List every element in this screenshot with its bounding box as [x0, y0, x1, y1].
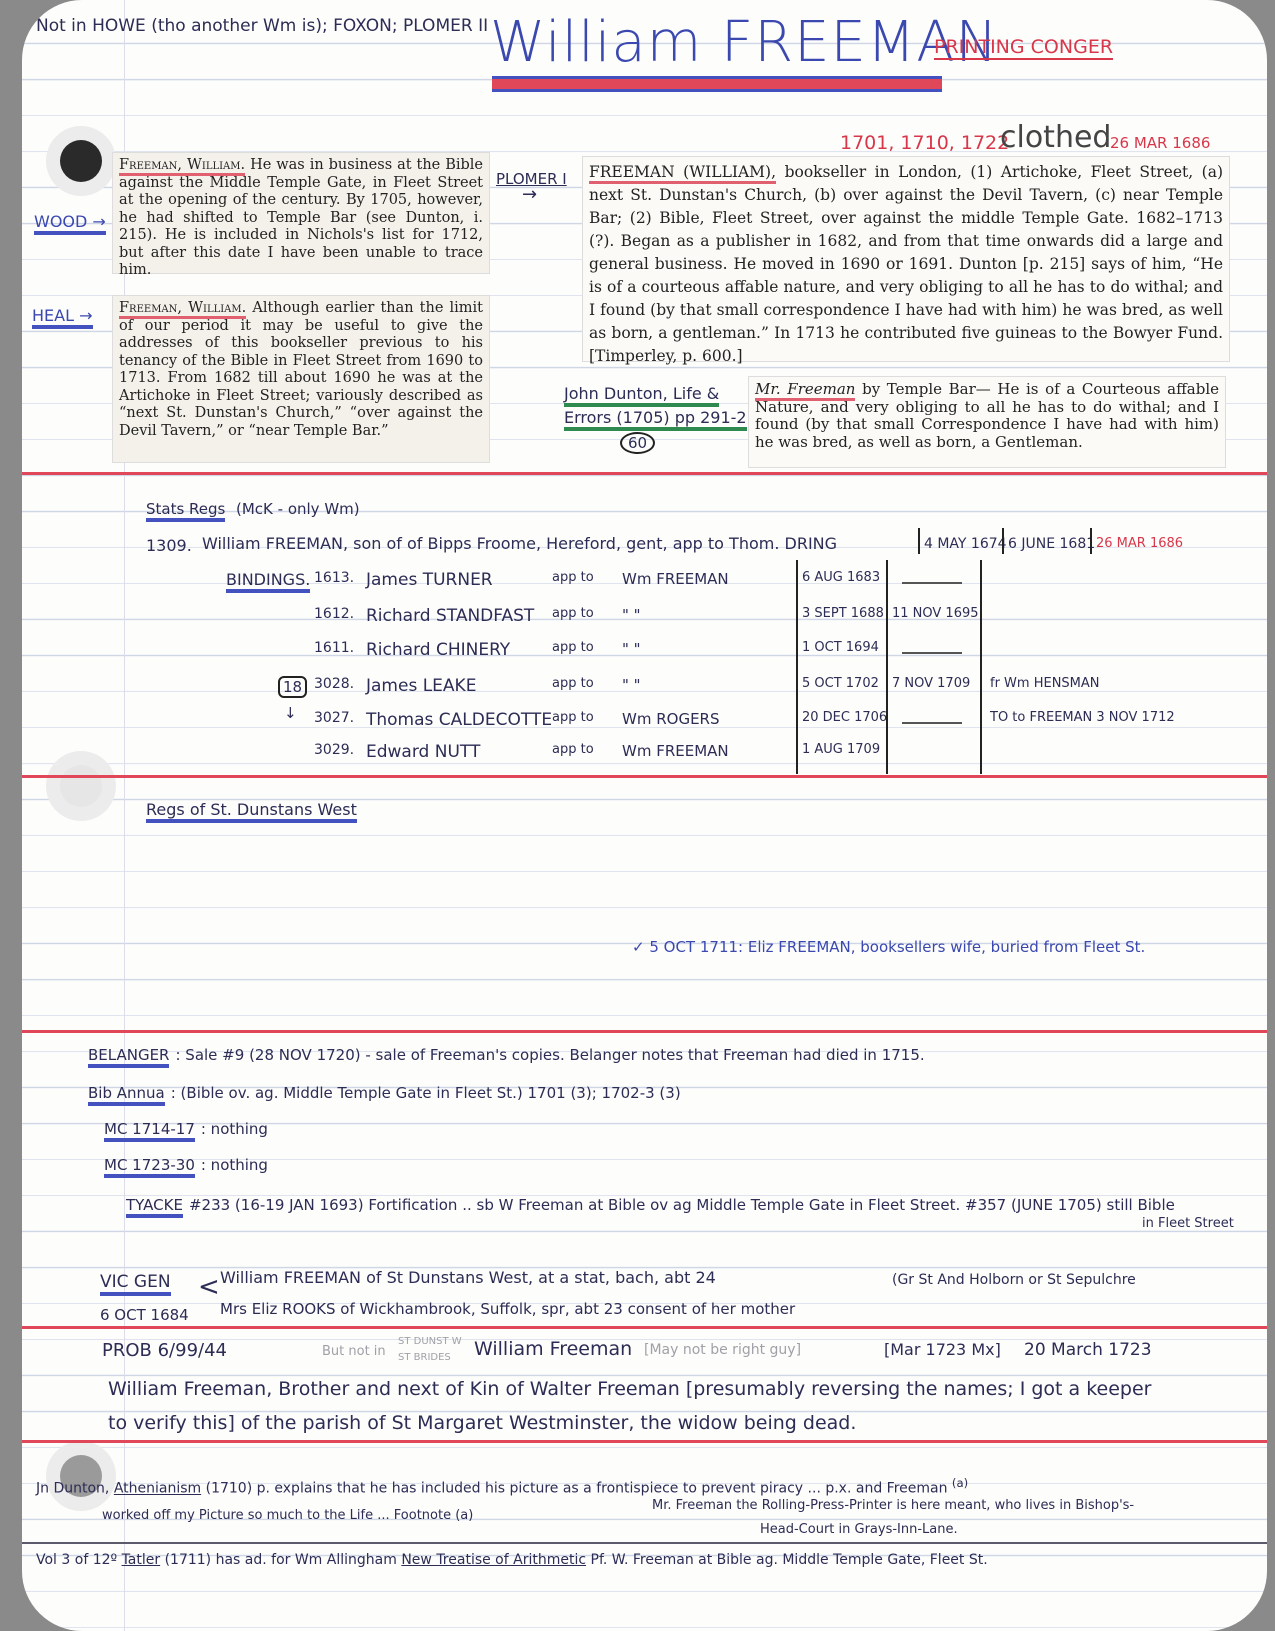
- tatler-title: Tatler: [122, 1552, 161, 1568]
- binding-master: Wm FREEMAN: [622, 570, 729, 588]
- note-label: MC 1723-30: [104, 1156, 195, 1178]
- vic-gen-line2: Mrs Eliz ROOKS of Wickhambrook, Suffolk,…: [220, 1300, 795, 1318]
- binding-num: 3028.: [314, 676, 354, 692]
- prob-name: William Freeman: [474, 1338, 632, 1360]
- section-divider: [22, 1542, 1267, 1544]
- vic-gen-date: 6 OCT 1684: [100, 1306, 189, 1324]
- note-label: Bib Annua: [88, 1084, 165, 1106]
- binding-bound-date: 6 AUG 1683: [802, 570, 880, 585]
- note-item: Bib Annua: (Bible ov. ag. Middle Temple …: [88, 1084, 681, 1102]
- heal-clipping: Freeman, William. Although earlier than …: [112, 295, 490, 463]
- note-item: TYACKE#233 (16-19 JAN 1693) Fortificatio…: [126, 1196, 1175, 1214]
- clothed-date: 26 MAR 1686: [1110, 134, 1210, 152]
- prob-ref: PROB 6/99/44: [102, 1340, 227, 1361]
- binding-apprentice: Richard STANDFAST: [366, 606, 534, 626]
- note-label: BELANGER: [88, 1046, 169, 1068]
- note-continuation: in Fleet Street: [1142, 1216, 1234, 1231]
- header-years: 1701, 1710, 1722: [840, 132, 1009, 154]
- note-item: BELANGER: Sale #9 (28 NOV 1720) - sale o…: [88, 1046, 925, 1064]
- wood-clipping: Freeman, William. He was in business at …: [112, 152, 490, 274]
- athenianism-title: Athenianism: [114, 1481, 201, 1497]
- binding-apprentice: Thomas CALDECOTTE: [366, 710, 552, 730]
- binding-bound-date: 1 AUG 1709: [802, 742, 880, 757]
- table-divider: [1002, 528, 1004, 554]
- prob-parish-1: ST DUNST W: [398, 1336, 462, 1347]
- binding-freed-dash: [902, 582, 962, 584]
- dunton-circled-number: 60: [620, 432, 655, 454]
- binding-freed-dash: [902, 722, 962, 724]
- binding-app: app to: [552, 742, 594, 757]
- note-text: #233 (16-19 JAN 1693) Fortification .. s…: [189, 1196, 1175, 1214]
- binding-note: fr Wm HENSMAN: [990, 676, 1100, 691]
- section-divider: [22, 1030, 1267, 1033]
- section-divider: [22, 1326, 1267, 1329]
- printing-conger-tag: PRINTING CONGER: [934, 36, 1113, 60]
- stats-entry-num: 1309.: [146, 536, 192, 555]
- stats-regs-label: Stats Regs: [146, 500, 225, 522]
- binding-app: app to: [552, 710, 594, 725]
- stats-entry-freed: 6 JUNE 1681: [1008, 536, 1095, 552]
- prob-bracket-note: [May not be right guy]: [644, 1342, 801, 1358]
- stats-entry-clothed: 26 MAR 1686: [1096, 536, 1183, 551]
- note-text: : Sale #9 (28 NOV 1720) - sale of Freema…: [175, 1046, 924, 1064]
- plomer-arrow: →: [522, 184, 537, 205]
- binding-master: " ": [622, 640, 641, 658]
- binder-hole: [60, 765, 102, 807]
- note-item: MC 1723-30: nothing: [104, 1156, 268, 1174]
- binding-apprentice: James TURNER: [366, 570, 493, 590]
- table-divider: [886, 560, 888, 774]
- section-divider: [22, 472, 1267, 475]
- wood-label: WOOD →: [34, 212, 106, 235]
- binding-bound-date: 20 DEC 1706: [802, 710, 887, 725]
- table-divider: [796, 560, 798, 774]
- athenianism-line2b: Mr. Freeman the Rolling-Press-Printer is…: [652, 1498, 1134, 1513]
- table-divider: [980, 560, 982, 774]
- binding-num: 3027.: [314, 710, 354, 726]
- binding-apprentice: James LEAKE: [366, 676, 476, 696]
- dunstans-entry: ✓ 5 OCT 1711: Eliz FREEMAN, booksellers …: [632, 938, 1145, 956]
- binding-bound-date: 3 SEPT 1688: [802, 606, 884, 621]
- brace-icon: <: [198, 1272, 220, 1302]
- dunton-label-line2: Errors (1705) pp 291-2: [564, 408, 747, 431]
- binding-master: " ": [622, 676, 641, 694]
- section-divider: [22, 1440, 1267, 1443]
- table-divider: [1090, 528, 1092, 554]
- note-label: MC 1714-17: [104, 1120, 195, 1142]
- heal-label: HEAL →: [32, 306, 93, 329]
- page-title: William FREEMAN: [490, 10, 998, 75]
- dunstans-label: Regs of St. Dunstans West: [146, 800, 357, 823]
- note-item: MC 1714-17: nothing: [104, 1120, 268, 1138]
- plomer-clipping: FREEMAN (WILLIAM), bookseller in London,…: [582, 156, 1230, 362]
- binding-freed-date: 7 NOV 1709: [892, 676, 970, 691]
- stats-regs-note: (McK - only Wm): [236, 500, 360, 518]
- binding-master: " ": [622, 606, 641, 624]
- binding-app: app to: [552, 640, 594, 655]
- title-underline: [492, 76, 942, 92]
- binding-num: 3029.: [314, 742, 354, 758]
- prob-line2: William Freeman, Brother and next of Kin…: [108, 1378, 1151, 1400]
- wood-heading: Freeman, William.: [119, 157, 245, 176]
- note-text: : (Bible ov. ag. Middle Temple Gate in F…: [171, 1084, 681, 1102]
- binder-hole: [60, 140, 102, 182]
- notebook-page: Not in HOWE (tho another Wm is); FOXON; …: [22, 0, 1267, 1631]
- athenianism-line3: Head-Court in Grays-Inn-Lane.: [760, 1522, 958, 1537]
- binding-apprentice: Edward NUTT: [366, 742, 480, 762]
- wood-text: He was in business at the Bible against …: [119, 157, 483, 278]
- binding-freed-dash: [902, 652, 962, 654]
- binding-num: 1613.: [314, 570, 354, 586]
- prob-line3: to verify this] of the parish of St Marg…: [108, 1412, 856, 1434]
- side-marker: 18: [278, 676, 307, 698]
- stats-entry-bound: 4 MAY 1674: [924, 536, 1007, 552]
- vic-gen-aside: (Gr St And Holborn or St Sepulchre: [892, 1272, 1136, 1288]
- bindings-label: BINDINGS.: [226, 570, 310, 593]
- section-divider: [22, 775, 1267, 778]
- binding-num: 1611.: [314, 640, 354, 656]
- plomer-text: bookseller in London, (1) Artichoke, Fle…: [589, 163, 1223, 365]
- vic-gen-line1: William FREEMAN of St Dunstans West, at …: [220, 1268, 716, 1287]
- note-text: : nothing: [201, 1120, 268, 1138]
- binding-bound-date: 1 OCT 1694: [802, 640, 879, 655]
- plomer-heading: FREEMAN (WILLIAM),: [589, 163, 776, 184]
- treatise-title: New Treatise of Arithmetic: [401, 1552, 586, 1568]
- binding-app: app to: [552, 606, 594, 621]
- binding-note: TO to FREEMAN 3 NOV 1712: [990, 710, 1175, 725]
- clothed-label: clothed: [1000, 120, 1111, 155]
- dunton-clipping: Mr. Freeman by Temple Bar— He is of a Co…: [748, 376, 1226, 468]
- down-arrow-icon: ↓: [284, 704, 297, 722]
- binding-app: app to: [552, 570, 594, 585]
- note-label: TYACKE: [126, 1196, 183, 1218]
- binding-master: Wm FREEMAN: [622, 742, 729, 760]
- vic-gen-label: VIC GEN: [100, 1272, 171, 1296]
- heal-heading: Freeman, William.: [119, 300, 246, 319]
- binding-apprentice: Richard CHINERY: [366, 640, 510, 660]
- prob-grey-note: But not in: [322, 1344, 386, 1359]
- athenianism-line1: Jn Dunton, Athenianism (1710) p. explain…: [36, 1476, 968, 1497]
- prob-parish-2: ST BRIDES: [398, 1352, 451, 1363]
- table-divider: [918, 528, 920, 554]
- tatler-line: Vol 3 of 12º Tatler (1711) has ad. for W…: [36, 1552, 988, 1568]
- header-note: Not in HOWE (tho another Wm is); FOXON; …: [36, 16, 488, 36]
- prob-date-box: [Mar 1723 Mx]: [884, 1340, 1001, 1359]
- binding-app: app to: [552, 676, 594, 691]
- binding-master: Wm ROGERS: [622, 710, 720, 728]
- athenianism-line2a: worked off my Picture so much to the Lif…: [102, 1508, 473, 1523]
- heal-text: Although earlier than the limit of our p…: [119, 300, 483, 439]
- note-text: : nothing: [201, 1156, 268, 1174]
- binding-freed-date: 11 NOV 1695: [892, 606, 979, 621]
- stats-entry-text: William FREEMAN, son of of Bipps Froome,…: [202, 534, 837, 553]
- binding-num: 1612.: [314, 606, 354, 622]
- prob-date: 20 March 1723: [1024, 1340, 1152, 1360]
- binding-bound-date: 5 OCT 1702: [802, 676, 879, 691]
- dunton-label-line1: John Dunton, Life &: [564, 384, 719, 407]
